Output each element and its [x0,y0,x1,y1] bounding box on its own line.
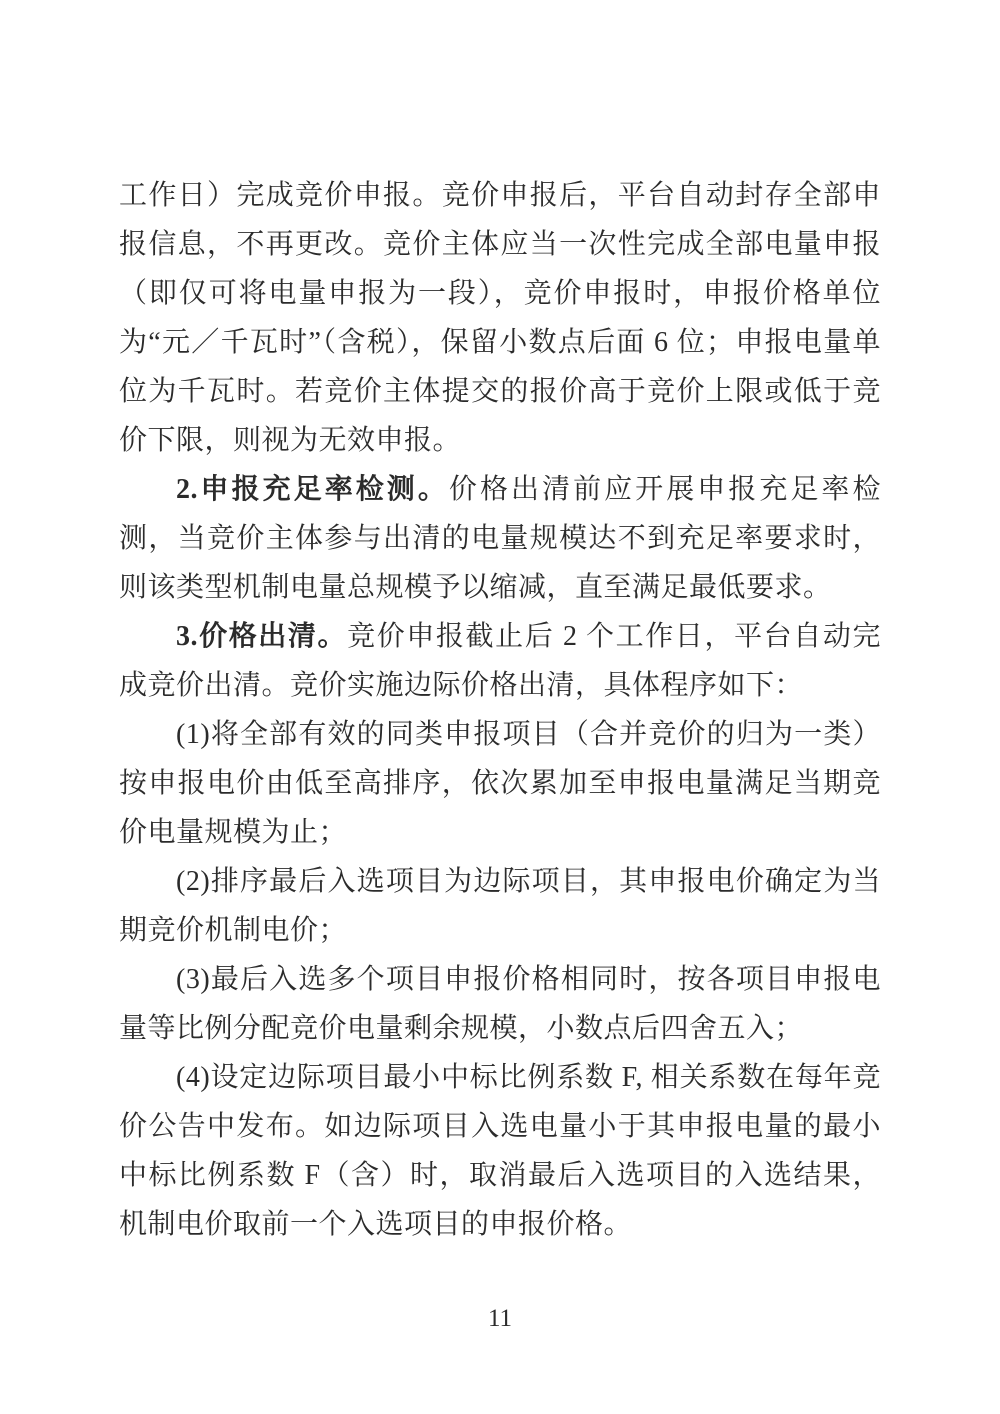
document-body: 工作日）完成竞价申报。竞价申报后，平台自动封存全部申报信息，不再更改。竞价主体应… [119,171,881,1249]
paragraph-lead: 3.价格出清。 [176,621,347,652]
paragraph-text: 工作日）完成竞价申报。竞价申报后，平台自动封存全部申报信息，不再更改。竞价主体应… [119,180,881,456]
paragraph-continuation: 工作日）完成竞价申报。竞价申报后，平台自动封存全部申报信息，不再更改。竞价主体应… [119,171,881,465]
document-page: 工作日）完成竞价申报。竞价申报后，平台自动封存全部申报信息，不再更改。竞价主体应… [0,0,1000,1414]
paragraph-text: (4)设定边际项目最小中标比例系数 F, 相关系数在每年竞价公告中发布。如边际项… [119,1062,881,1240]
paragraph-text: (2)排序最后入选项目为边际项目，其申报电价确定为当期竞价机制电价； [119,866,881,946]
paragraph-item-2: 2.申报充足率检测。价格出清前应开展申报充足率检测，当竞价主体参与出清的电量规模… [119,465,881,612]
page-number: 11 [0,1303,1000,1335]
paragraph-subitem-2: (2)排序最后入选项目为边际项目，其申报电价确定为当期竞价机制电价； [119,857,881,955]
paragraph-subitem-1: (1)将全部有效的同类申报项目（合并竞价的归为一类）按申报电价由低至高排序，依次… [119,710,881,857]
paragraph-subitem-4: (4)设定边际项目最小中标比例系数 F, 相关系数在每年竞价公告中发布。如边际项… [119,1053,881,1249]
paragraph-lead: 2.申报充足率检测。 [176,474,449,505]
paragraph-text: (1)将全部有效的同类申报项目（合并竞价的归为一类）按申报电价由低至高排序，依次… [119,719,881,848]
paragraph-item-3: 3.价格出清。竞价申报截止后 2 个工作日，平台自动完成竞价出清。竞价实施边际价… [119,612,881,710]
paragraph-text: (3)最后入选多个项目申报价格相同时，按各项目申报电量等比例分配竞价电量剩余规模… [119,964,881,1044]
paragraph-subitem-3: (3)最后入选多个项目申报价格相同时，按各项目申报电量等比例分配竞价电量剩余规模… [119,955,881,1053]
